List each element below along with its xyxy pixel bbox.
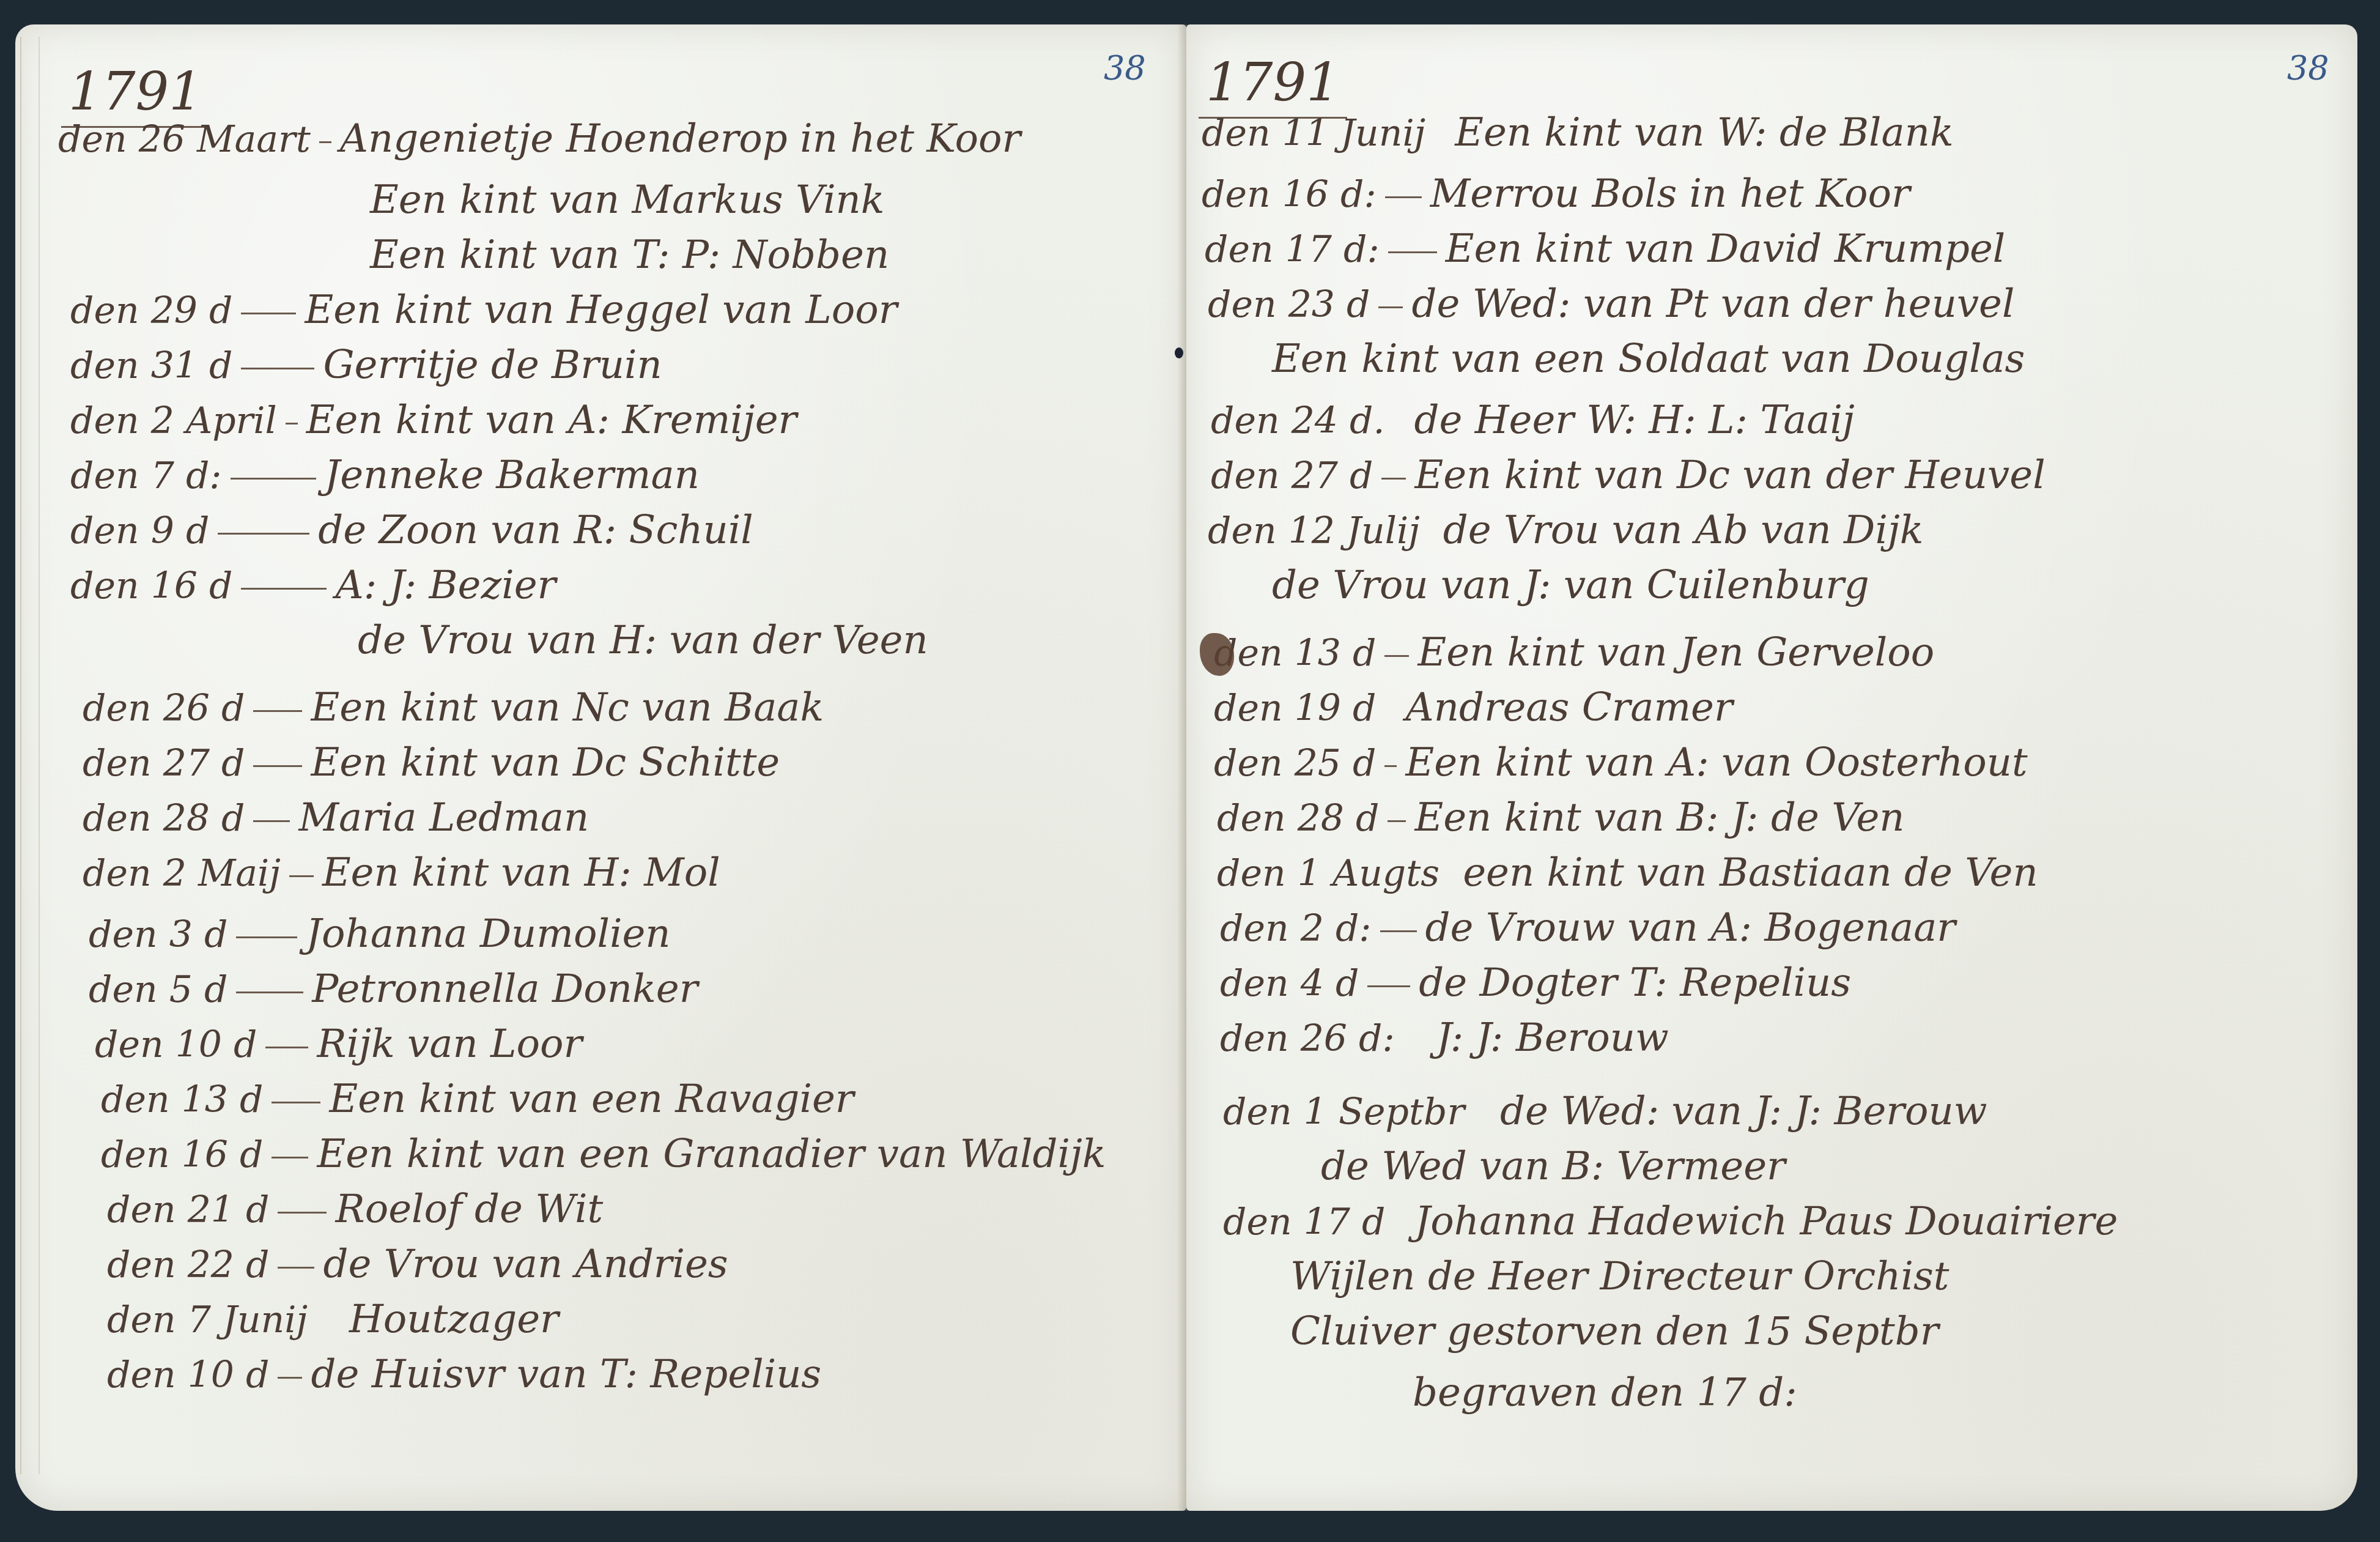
entry-name: Een kint van een Granadier van Waldijk: [317, 1132, 1106, 1177]
register-entry: den 12 Julijde Vrou van Ab van Dijk: [1208, 508, 1924, 553]
entry-name: de Vrou van J: van Cuilenburg: [1272, 563, 1869, 608]
leader-line: [1394, 1224, 1406, 1226]
leader-line: [253, 710, 302, 712]
leader-line: [1385, 196, 1422, 198]
register-entry: den 26 dEen kint van Nc van Baak: [83, 685, 824, 730]
register-entry: den 17 dJohanna Hadewich Paus Douairiere: [1223, 1199, 2118, 1244]
entry-name: de Wed: van J: J: Berouw: [1500, 1089, 1987, 1134]
register-entry: de Wed van B: Vermeer: [1321, 1144, 1786, 1189]
entry-name: Jenneke Bakerman: [325, 453, 700, 498]
entry-date: den 16 d:: [1202, 173, 1377, 216]
entry-date: den 2 April: [70, 399, 277, 442]
entry-name: Gerritje de Bruin: [323, 343, 662, 388]
entry-name: Een kint van Markus Vink: [370, 177, 885, 223]
register-entry: den 7 d:Jenneke Bakerman: [70, 453, 700, 498]
entry-date: den 10 d: [95, 1023, 257, 1066]
register-entry: den 25 dEen kint van A: van Oosterhout: [1214, 740, 2028, 785]
entry-date: den 16 d: [70, 565, 232, 607]
ink-blot: [1200, 633, 1234, 676]
entry-date: den 13 d: [1214, 632, 1376, 675]
register-entry: den 13 dEen kint van een Ravagier: [101, 1077, 854, 1122]
leader-line: [1388, 820, 1406, 822]
entry-date: den 24 d.: [1211, 399, 1385, 442]
entry-name: Een kint van B: J: de Ven: [1414, 795, 1904, 840]
entry-date: den 13 d: [101, 1078, 263, 1121]
entry-date: den 19 d: [1214, 687, 1376, 730]
leader-line: [1434, 135, 1446, 137]
entry-name: Johanna Dumolien: [306, 911, 670, 957]
register-entry: Een kint van Markus Vink: [370, 177, 885, 223]
register-entry: Een kint van T: P: Nobben: [370, 232, 889, 278]
entry-date: den 17 d: [1223, 1201, 1385, 1244]
entry-name: Een kint van Heggel van Loor: [305, 287, 897, 333]
entry-name: A: J: Bezier: [335, 563, 556, 608]
register-entry: de Vrou van J: van Cuilenburg: [1272, 563, 1869, 608]
register-entry: den 3 dJohanna Dumolien: [89, 911, 671, 957]
leader-line: [1380, 930, 1417, 932]
entry-date: den 1 Septbr: [1223, 1091, 1465, 1133]
leader-line: [236, 936, 297, 938]
entry-name: de Dogter T: Repelius: [1419, 960, 1851, 1006]
entry-date: den 7 Junij: [107, 1299, 308, 1341]
leader-line: [231, 478, 316, 480]
entry-name: Houtzager: [349, 1297, 559, 1342]
entry-name: Een kint van een Ravagier: [329, 1077, 854, 1122]
entry-name: Rijk van Loor: [317, 1021, 582, 1067]
register-entry: den 17 d:Een kint van David Krumpel: [1205, 226, 2005, 272]
leader-line: [236, 992, 303, 993]
entry-date: den 12 Julij: [1208, 510, 1420, 552]
leader-line: [1388, 251, 1437, 253]
register-entry: den 27 dEen kint van Dc van der Heuvel: [1211, 453, 2046, 498]
entry-name: Maria Ledman: [298, 795, 589, 840]
leader-line: [1378, 306, 1403, 308]
entry-name: de Vrou van Andries: [323, 1242, 728, 1287]
page-number: 38: [1104, 49, 1146, 87]
leader-line: [241, 313, 296, 314]
register-entry: den 23 dde Wed: van Pt van der heuvel: [1208, 281, 2014, 327]
entry-date: den 3 d: [89, 913, 227, 956]
entry-date: den 26 Maart: [58, 118, 311, 161]
entry-name: Een kint van W: de Blank: [1455, 110, 1954, 155]
register-entry: den 4 dde Dogter T: Repelius: [1220, 960, 1851, 1006]
leader-line: [1403, 1040, 1428, 1042]
register-entry: den 16 d:Merrou Bols in het Koor: [1202, 171, 1910, 217]
entry-name: begraven den 17 d:: [1413, 1370, 1797, 1415]
entry-name: Een kint van A: Kremijer: [306, 398, 797, 443]
leader-line: [218, 533, 309, 535]
entry-name: Petronnella Donker: [312, 966, 698, 1012]
entry-name: de Huisvr van T: Repelius: [311, 1352, 821, 1397]
register-entry: den 13 dEen kint van Jen Gerveloo: [1214, 630, 1934, 675]
entry-date: den 2 Maij: [83, 852, 281, 895]
entry-name: Een kint van een Soldaat van Douglas: [1272, 336, 2025, 382]
entry-date: den 28 d: [83, 797, 245, 840]
entry-name: Andreas Cramer: [1405, 685, 1732, 730]
entry-name: de Zoon van R: Schuil: [318, 508, 753, 553]
register-entry: den 16 dEen kint van een Granadier van W…: [101, 1132, 1106, 1177]
entry-name: Een kint van T: P: Nobben: [370, 232, 889, 278]
leader-line: [289, 875, 314, 877]
register-entry: Cluiver gestorven den 15 Septbr: [1290, 1309, 1938, 1354]
register-entry: den 1 Augtseen kint van Bastiaan de Ven: [1217, 850, 2038, 895]
register-entry: den 9 dde Zoon van R: Schuil: [70, 508, 753, 553]
entry-date: den 25 d: [1214, 742, 1376, 785]
register-entry: den 10 dde Huisvr van T: Repelius: [107, 1352, 821, 1397]
entry-name: Cluiver gestorven den 15 Septbr: [1290, 1309, 1938, 1354]
entry-date: den 29 d: [70, 289, 232, 332]
entry-name: Merrou Bols in het Koor: [1430, 171, 1910, 217]
entry-name: de Vrou van H: van der Veen: [358, 618, 928, 663]
register-entry: den 10 dRijk van Loor: [95, 1021, 582, 1067]
entry-name: Een kint van David Krumpel: [1446, 226, 2006, 272]
entry-date: den 10 d: [107, 1354, 269, 1396]
manuscript-scan: 38 1791 den 26 MaartAngenietje Hoenderop…: [0, 0, 2380, 1542]
page-number: 38: [2287, 49, 2329, 87]
entry-date: den 27 d: [1211, 454, 1373, 497]
entry-name: Een kint van Dc Schitte: [311, 740, 780, 785]
entry-name: Wijlen de Heer Directeur Orchist: [1290, 1254, 1949, 1299]
entry-name: J: J: Berouw: [1436, 1015, 1669, 1061]
register-entry: den 24 d.de Heer W: H: L: Taaij: [1211, 398, 1855, 443]
entry-date: den 23 d: [1208, 283, 1370, 326]
entry-name: de Wed van B: Vermeer: [1321, 1144, 1786, 1189]
entry-date: den 7 d:: [70, 454, 222, 497]
entry-name: de Wed: van Pt van der heuvel: [1411, 281, 2014, 327]
register-entry: den 19 dAndreas Cramer: [1214, 685, 1733, 730]
leader-line: [1473, 1114, 1491, 1116]
entry-name: Een kint van Dc van der Heuvel: [1414, 453, 2045, 498]
register-entry: begraven den 17 d:: [1413, 1370, 1797, 1415]
leader-line: [1428, 533, 1435, 535]
entry-name: een kint van Bastiaan de Ven: [1463, 850, 2038, 895]
entry-name: Angenietje Hoenderop in het Koor: [340, 116, 1021, 161]
register-entry: den 2 AprilEen kint van A: Kremijer: [70, 398, 797, 443]
register-entry: den 31 dGerritje de Bruin: [70, 343, 662, 388]
year-heading: 1791: [1199, 52, 1347, 119]
register-entry: den 28 dEen kint van B: J: de Ven: [1217, 795, 1905, 840]
leader-line: [1384, 710, 1397, 712]
register-entry: den 28 dMaria Ledman: [83, 795, 589, 840]
entry-date: den 17 d:: [1205, 228, 1380, 271]
entry-date: den 9 d: [70, 510, 209, 552]
entry-date: den 16 d: [101, 1133, 263, 1176]
register-entry: den 26 MaartAngenietje Hoenderop in het …: [58, 116, 1021, 161]
leader-line: [253, 820, 290, 822]
binding-stitch: [1175, 347, 1183, 358]
leader-line: [253, 765, 302, 767]
leader-line: [278, 1377, 302, 1379]
register-entry: den 7 JunijHoutzager: [107, 1297, 559, 1342]
register-entry: Wijlen de Heer Directeur Orchist: [1290, 1254, 1949, 1299]
entry-date: den 11 Junij: [1202, 112, 1425, 155]
register-entry: den 27 dEen kint van Dc Schitte: [83, 740, 780, 785]
leader-line: [1381, 478, 1406, 480]
leader-line: [272, 1157, 308, 1158]
entry-date: den 27 d: [83, 742, 245, 785]
register-entry: den 21 dRoelof de Wit: [107, 1187, 603, 1232]
entry-date: den 26 d:: [1220, 1017, 1395, 1060]
entry-name: de Vrouw van A: Bogenaar: [1425, 905, 1956, 951]
leader-line: [265, 1047, 308, 1048]
entry-date: den 28 d: [1217, 797, 1379, 840]
register-entry: den 29 dEen kint van Heggel van Loor: [70, 287, 897, 333]
left-page: 38 1791 den 26 MaartAngenietje Hoenderop…: [15, 24, 1186, 1511]
leader-line: [241, 368, 314, 369]
entry-date: den 1 Augts: [1217, 852, 1439, 895]
register-entry: den 5 dPetronnella Donker: [89, 966, 698, 1012]
entry-name: Roelof de Wit: [335, 1187, 603, 1232]
leader-line: [1394, 423, 1406, 424]
entry-name: Johanna Hadewich Paus Douairiere: [1414, 1199, 2118, 1244]
leader-line: [272, 1102, 320, 1103]
entry-date: den 31 d: [70, 344, 232, 387]
leader-line: [241, 588, 327, 590]
entry-date: den 4 d: [1220, 962, 1359, 1005]
entry-date: den 5 d: [89, 968, 227, 1011]
entry-name: de Vrou van Ab van Dijk: [1443, 508, 1924, 553]
register-entry: den 2 d:de Vrouw van A: Bogenaar: [1220, 905, 1956, 951]
register-entry: den 16 dA: J: Bezier: [70, 563, 556, 608]
register-entry: den 26 d:J: J: Berouw: [1220, 1015, 1669, 1061]
entry-date: den 21 d: [107, 1188, 269, 1231]
entry-name: Een kint van Nc van Baak: [311, 685, 824, 730]
entry-name: Een kint van Jen Gerveloo: [1417, 630, 1934, 675]
leader-line: [278, 1212, 327, 1214]
leader-line: [286, 423, 298, 424]
leader-line: [1448, 875, 1454, 877]
register-entry: den 22 dde Vrou van Andries: [107, 1242, 728, 1287]
leader-line: [316, 1322, 341, 1324]
entry-date: den 26 d: [83, 687, 245, 730]
register-entry: den 1 Septbrde Wed: van J: J: Berouw: [1223, 1089, 1987, 1134]
entry-name: de Heer W: H: L: Taaij: [1414, 398, 1855, 443]
register-entry: Een kint van een Soldaat van Douglas: [1272, 336, 2025, 382]
leader-line: [1367, 985, 1410, 987]
register-entry: den 2 MaijEen kint van H: Mol: [83, 850, 720, 895]
entry-name: Een kint van H: Mol: [322, 850, 720, 895]
register-entry: den 11 JunijEen kint van W: de Blank: [1202, 110, 1954, 155]
entry-date: den 2 d:: [1220, 907, 1372, 950]
leader-line: [319, 141, 331, 143]
right-page: 38 1791 den 11 JunijEen kint van W: de B…: [1186, 24, 2357, 1511]
leader-line: [278, 1267, 314, 1269]
entry-date: den 22 d: [107, 1244, 269, 1286]
leader-line: [1384, 655, 1409, 657]
leader-line: [1384, 765, 1397, 767]
entry-name: Een kint van A: van Oosterhout: [1405, 740, 2027, 785]
register-entry: de Vrou van H: van der Veen: [358, 618, 928, 663]
